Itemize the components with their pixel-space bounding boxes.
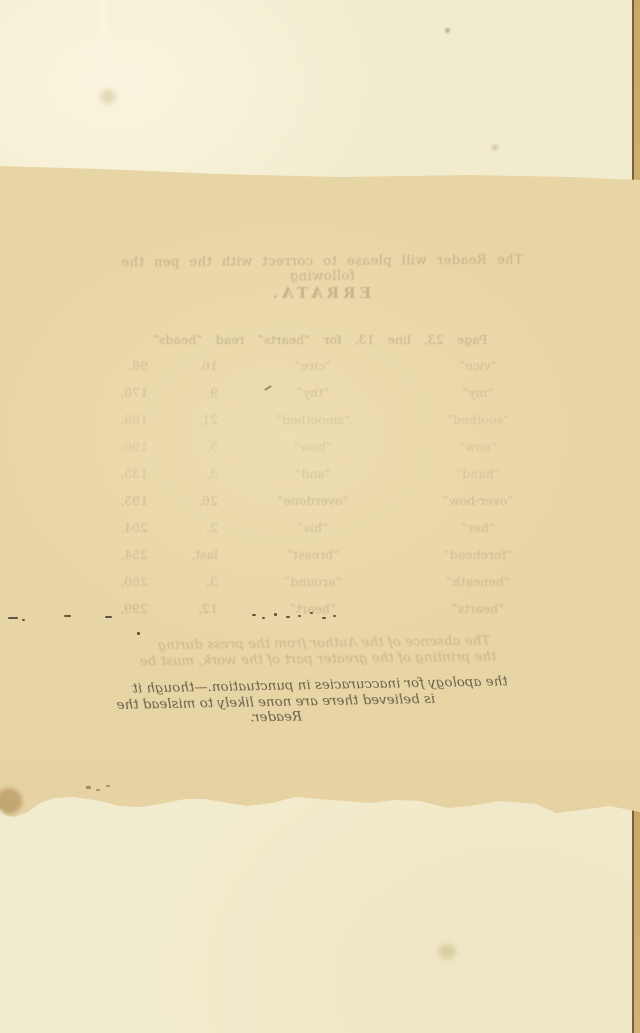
errata-line: 5, (148, 439, 218, 466)
errata-read-word: “beneath” (408, 574, 548, 601)
errata-for-word: “thy” (218, 385, 408, 412)
errata-for-word: “around” (218, 574, 408, 601)
errata-row: 195, 26, “overdone” “over-bow” (92, 493, 548, 520)
errata-page: 195, (92, 493, 148, 520)
foxing-smudge (100, 89, 116, 104)
ink-dash (105, 616, 112, 618)
errata-read-word: “forehead” (408, 547, 548, 574)
ink-speck (86, 786, 91, 789)
errata-line: 21, (148, 412, 218, 439)
errata-page: 170, (92, 385, 148, 412)
errata-for-word: “his” (218, 520, 408, 547)
ink-speck (22, 619, 25, 621)
errata-for-word: “cire” (218, 358, 408, 385)
errata-row: 170, 9, “thy” “my” (92, 385, 548, 412)
errata-row: 299, 12, “heart” “hearts” (92, 601, 548, 628)
ink-speck (106, 785, 110, 787)
errata-read-word: “over-bow” (408, 493, 548, 520)
foxing-dot (445, 28, 450, 33)
errata-row: 280, 3, “around” “beneath” (92, 574, 548, 601)
errata-row: 196, 5, “how” “now” (92, 439, 548, 466)
errata-page: 196, (92, 439, 148, 466)
ink-speck (137, 632, 140, 635)
errata-read-word: “hearts” (408, 601, 548, 628)
ink-dash (8, 617, 18, 619)
errata-for-word: “heart” (218, 601, 408, 628)
showthrough-errata-heading: ERRATA. (92, 284, 548, 302)
errata-line: 3, (148, 574, 218, 601)
errata-read-word: “my” (408, 385, 548, 412)
paper-light-streak (99, 0, 106, 96)
errata-page: 186, (92, 412, 148, 439)
showthrough-table-header-row: Page 23, line 13, for “hearts” read “hea… (92, 332, 548, 347)
ink-speck (322, 617, 326, 619)
scanned-book-page: The Reader will please to correct with t… (0, 0, 640, 1033)
errata-read-word: “vice” (408, 358, 548, 385)
errata-page: 254, (92, 547, 148, 574)
ink-dash (64, 615, 71, 617)
errata-read-word: “hand” (408, 466, 548, 493)
ink-speck (274, 613, 277, 616)
errata-row: 204, 2, “his” “her” (92, 520, 548, 547)
foxing-dot (492, 145, 498, 150)
errata-row: 254, last, “breast” “forehead” (92, 547, 548, 574)
errata-for-word: “and” (218, 466, 408, 493)
errata-for-word: “overdone” (218, 493, 408, 520)
errata-for-word: “smoothed” (218, 412, 408, 439)
errata-leaf: The Reader will please to correct with t… (0, 0, 640, 1033)
errata-for-word: “how” (218, 439, 408, 466)
showthrough-notice-line: The Reader will please to correct with t… (96, 252, 548, 285)
errata-page: 135, (92, 466, 148, 493)
errata-line: 12, (148, 601, 218, 628)
showthrough-paragraph-line: is believed there are none likely to mis… (92, 691, 461, 728)
ink-speck (286, 616, 290, 618)
errata-page: 98, (92, 358, 148, 385)
ink-speck (252, 614, 256, 616)
ink-speck (96, 789, 100, 791)
errata-line: 3, (148, 466, 218, 493)
errata-line: last, (148, 547, 218, 574)
errata-read-word: “now” (408, 439, 548, 466)
errata-for-word: “breast” (218, 547, 408, 574)
ink-speck (333, 615, 336, 617)
errata-row: 135, 3, “and” “hand” (92, 466, 548, 493)
errata-page: 204, (92, 520, 148, 547)
errata-row: 98, 16, “cire” “vice” (92, 358, 548, 385)
ink-speck (262, 617, 265, 619)
errata-line: 26, (148, 493, 218, 520)
errata-read-word: “her” (408, 520, 548, 547)
errata-read-word: “soothed” (408, 412, 548, 439)
errata-row: 186, 21, “smoothed” “soothed” (92, 412, 548, 439)
errata-line: 2, (148, 520, 218, 547)
showthrough-errata-table: 98, 16, “cire” “vice” 170, 9, “thy” “my”… (92, 358, 548, 628)
foxing-smudge (438, 944, 456, 959)
errata-page: 280, (92, 574, 148, 601)
errata-page: 299, (92, 601, 148, 628)
ink-speck (310, 612, 313, 614)
ink-speck (298, 615, 301, 617)
errata-line: 16, (148, 358, 218, 385)
errata-line: 9, (148, 385, 218, 412)
